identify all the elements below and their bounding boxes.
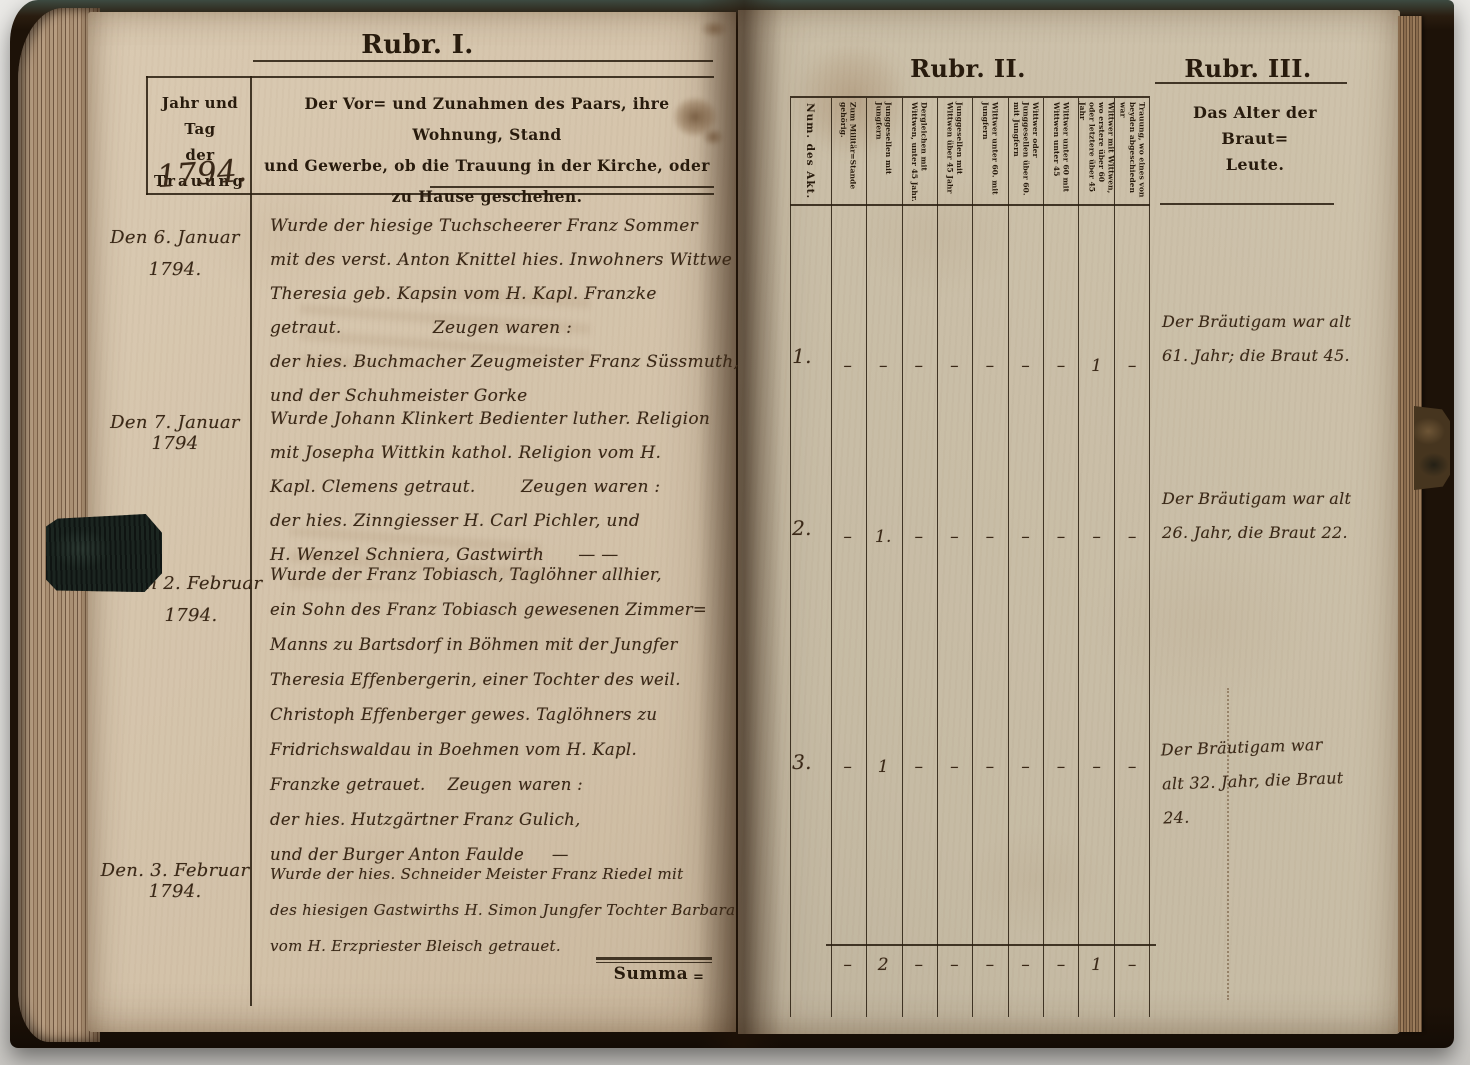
row-number: 3. — [778, 750, 826, 774]
tally-cell: – — [972, 527, 1008, 553]
grid-column — [1043, 98, 1078, 1017]
tally-cell: – — [1043, 356, 1079, 382]
register-entry: Wurde der hiesige Tuchscheerer Franz Som… — [270, 209, 730, 413]
title-rule — [253, 60, 713, 62]
summa-cell: 2 — [866, 955, 902, 981]
tally-cell: – — [830, 527, 866, 553]
register-entry: Wurde Johann Klinkert Bedienter luther. … — [270, 402, 730, 572]
column-header: Dergleichen mit Wittwen, unter 45 Jahr. — [901, 100, 937, 203]
age-column-header-line: Das Alter der Braut= — [1160, 100, 1350, 152]
row-number: 2. — [778, 516, 826, 540]
tally-cell: – — [830, 356, 866, 382]
column-header: Wittwer oder Junggesellen über 60. mit J… — [1008, 100, 1044, 203]
tally-cell: – — [1043, 757, 1079, 783]
entry-date: Den 7. Januar 1794 — [84, 412, 266, 454]
grid-column — [937, 98, 972, 1017]
tally-cell: 1 — [866, 757, 902, 783]
column-header: Junggesellen mit Wittwen über 45 Jahr — [937, 100, 973, 203]
entry-date-line: 1794. — [84, 254, 266, 286]
entry-date: Den 6. Januar 1794. — [84, 222, 266, 286]
entry-date-line: Den 7. Januar 1794 — [84, 412, 266, 454]
entry-line: Wurde Johann Klinkert Bedienter luther. … — [270, 402, 730, 436]
age-column-header: Das Alter der Braut= Leute. — [1160, 100, 1350, 178]
summa-cell: – — [901, 955, 937, 981]
tally-cell: – — [937, 527, 973, 553]
tally-cell: – — [1115, 757, 1151, 783]
entry-date-line: Den. 3. Februar 1794. — [84, 860, 266, 902]
tally-cell: – — [1008, 757, 1044, 783]
tally-cell: – — [901, 757, 937, 783]
names-column-header: Der Vor= und Zunahmen des Paars, ihre Wo… — [262, 88, 712, 212]
tally-row: – – – – – – – 1 – — [830, 356, 1150, 382]
entry-line: Kapl. Clemens getraut. Zeugen waren : — [270, 470, 730, 504]
summa-equals: = — [693, 970, 713, 985]
tally-column-headers: Num. des Akt. Zum Militär=Stande gehörig… — [790, 100, 1150, 203]
entry-line: der hies. Zinngiesser H. Carl Pichler, u… — [270, 504, 730, 538]
summa-cell: – — [972, 955, 1008, 981]
table-top-rule — [146, 76, 714, 78]
row-number: 1. — [778, 344, 826, 368]
entry-line: mit des verst. Anton Knittel hies. Inwoh… — [270, 243, 730, 277]
entry-line: Wurde der Franz Tobiasch, Taglöhner allh… — [270, 557, 730, 592]
column-header: Junggesellen mit Jungfern — [866, 100, 902, 203]
tally-cell: – — [1008, 356, 1044, 382]
leather-clasp-left — [46, 514, 162, 592]
entry-line: Theresia Effenbergerin, einer Tochter de… — [270, 662, 730, 697]
tally-cell: – — [901, 356, 937, 382]
grid-column — [902, 98, 937, 1017]
grid-column — [972, 98, 1007, 1017]
summa-cell: – — [1115, 955, 1151, 981]
entry-date-line: 1794. — [100, 600, 282, 632]
age-note: Der Bräutigam war alt 32. Jahr, die Brau… — [1160, 727, 1365, 836]
age-note-line: alt 32. Jahr, die Braut 24. — [1161, 760, 1365, 835]
entry-line: des hiesigen Gastwirths H. Simon Jungfer… — [270, 892, 730, 928]
column-header: Wittwer unter 60. mit Jungfern — [972, 100, 1008, 203]
entry-line: Franzke getrauet. Zeugen waren : — [270, 767, 730, 802]
entry-date: Den. 3. Februar 1794. — [84, 860, 266, 902]
age-note-line: 61. Jahr; die Braut 45. — [1162, 339, 1364, 373]
entry-date-line: Den 6. Januar — [84, 222, 266, 254]
summa-cell: – — [937, 955, 973, 981]
tally-cell: 1. — [866, 527, 902, 553]
tally-cell: – — [937, 757, 973, 783]
age-column-header-line: Leute. — [1160, 152, 1350, 178]
grid-column — [1078, 98, 1113, 1017]
tally-cell: – — [901, 527, 937, 553]
tally-grid — [790, 96, 1150, 1017]
names-column-header-line: Der Vor= und Zunahmen des Paars, ihre Wo… — [262, 88, 712, 150]
tally-cell: – — [937, 356, 973, 382]
tally-row: – 1 – – – – – – – — [830, 757, 1150, 783]
register-entry: Wurde der hies. Schneider Meister Franz … — [270, 856, 730, 964]
entry-line: Wurde der hiesige Tuchscheerer Franz Som… — [270, 209, 730, 243]
tally-cell: – — [866, 356, 902, 382]
tally-cell: – — [830, 757, 866, 783]
rubrik3-title-rule — [1155, 82, 1347, 84]
fore-edge — [1398, 16, 1422, 1032]
summa-rule — [596, 957, 712, 960]
tally-cell: – — [1079, 527, 1115, 553]
entry-line: ein Sohn des Franz Tobiasch gewesenen Zi… — [270, 592, 730, 627]
rubrik3-title: Rubr. III. — [1173, 54, 1323, 83]
table-left-rule — [146, 76, 148, 195]
entry-line: Fridrichswaldau in Boehmen vom H. Kapl. — [270, 732, 730, 767]
rubrik1-title: Rubr. I. — [350, 30, 485, 60]
age-note: Der Bräutigam war alt 61. Jahr; die Brau… — [1162, 305, 1364, 373]
tally-cell: – — [1115, 527, 1151, 553]
age-note-line: Der Bräutigam war alt — [1162, 482, 1364, 516]
entry-line: Theresia geb. Kapsin vom H. Kapl. Franzk… — [270, 277, 730, 311]
tally-cell: – — [972, 356, 1008, 382]
register-entry: Wurde der Franz Tobiasch, Taglöhner allh… — [270, 557, 730, 872]
entry-line: mit Josepha Wittkin kathol. Religion vom… — [270, 436, 730, 470]
tally-cell: – — [1043, 527, 1079, 553]
entry-line: der hies. Hutzgärtner Franz Gulich, — [270, 802, 730, 837]
num-column-header: Num. des Akt. — [790, 100, 830, 203]
grid-column — [831, 98, 866, 1017]
register-photo: Rubr. I. Jahr und Tag der Trauung 1794. … — [0, 0, 1470, 1065]
column-header: Wittwer mit Wittwen, wo erstere über 60 … — [1079, 100, 1115, 203]
tally-cell: – — [1115, 356, 1151, 382]
tally-cell: 1 — [1079, 356, 1115, 382]
summa-rule-right — [826, 944, 1156, 946]
summa-cell: – — [1008, 955, 1044, 981]
grid-column — [866, 98, 901, 1017]
grid-column — [1008, 98, 1043, 1017]
entry-line: Wurde der hies. Schneider Meister Franz … — [270, 856, 730, 892]
tally-cell: – — [972, 757, 1008, 783]
age-note-line: Der Bräutigam war alt — [1162, 305, 1364, 339]
tally-cell: – — [1079, 757, 1115, 783]
column-header: Zum Militär=Stande gehörig. — [830, 100, 866, 203]
rubrik2-title: Rubr. II. — [893, 54, 1043, 83]
date-column-header-line: Jahr und Tag — [150, 90, 250, 142]
summa-cell: 1 — [1079, 955, 1115, 981]
age-note: Der Bräutigam war alt 26. Jahr, die Brau… — [1162, 482, 1364, 550]
entry-line: der hies. Buchmacher Zeugmeister Franz S… — [270, 345, 730, 379]
grid-column — [790, 98, 831, 1017]
leather-clasp-right — [1414, 406, 1450, 490]
summa-cell: – — [1043, 955, 1079, 981]
names-column-header-line: und Gewerbe, ob die Trauung in der Kirch… — [262, 150, 712, 181]
year-handwritten: 1794. — [151, 153, 253, 196]
age-header-bottom-rule — [1160, 203, 1334, 205]
age-note-line: 26. Jahr, die Braut 22. — [1162, 516, 1364, 550]
summa-label: Summa — [611, 964, 691, 984]
entry-line: getraut. Zeugen waren : — [270, 311, 730, 345]
entry-line: Christoph Effenberger gewes. Taglöhners … — [270, 697, 730, 732]
column-header: Wittwer unter 60 mit Wittwen unter 45 — [1043, 100, 1079, 203]
grid-column — [1114, 98, 1150, 1017]
entry-line: Manns zu Bartsdorf in Böhmen mit der Jun… — [270, 627, 730, 662]
tally-cell: – — [1008, 527, 1044, 553]
names-column-header-line: zu Hause geschehen. — [262, 181, 712, 212]
column-header: Trauung, wo eines von beyden abgeschiede… — [1115, 100, 1151, 203]
tally-row: – 1. – – – – – – – — [830, 527, 1150, 553]
summa-row: – 2 – – – – – 1 – — [830, 955, 1150, 981]
summa-cell: – — [830, 955, 866, 981]
tally-header-bottom-rule — [790, 204, 1150, 206]
summa-rule — [596, 962, 712, 963]
